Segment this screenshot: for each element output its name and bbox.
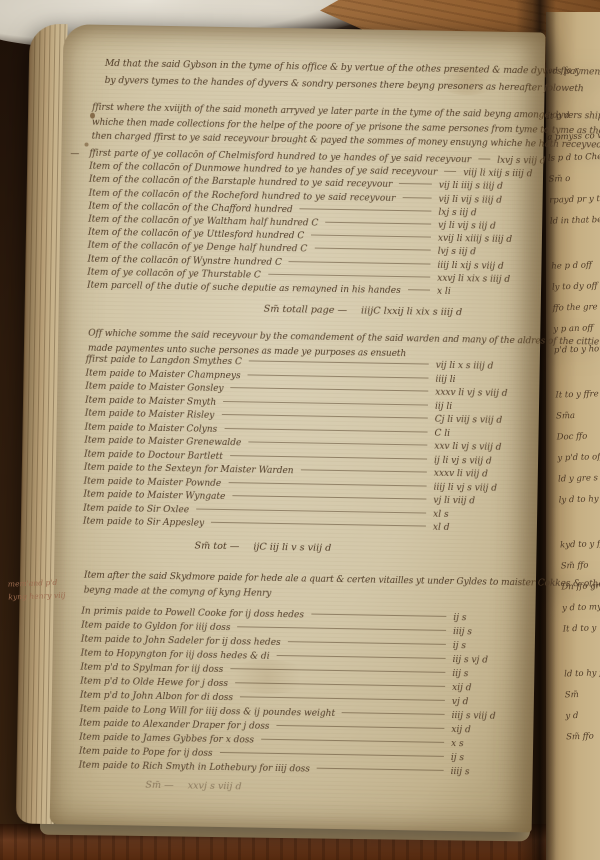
ink-rule-leader <box>223 400 428 405</box>
ink-rule-leader <box>317 768 444 771</box>
payment-entry-amount: C li <box>434 428 526 440</box>
right-page-text-fragment: It d to y <box>563 623 600 645</box>
ink-rule-leader <box>301 469 427 472</box>
payment-entry-amount: xl d <box>433 523 525 535</box>
expenses-list: In primis paide to Powell Cooke for ij d… <box>79 607 524 783</box>
ink-rule-leader <box>230 668 445 673</box>
expense-entry-text: Item p'd to Spylman for iij doss <box>80 663 223 675</box>
right-page-text-fragment: kyd to y ffre <box>560 539 600 561</box>
receipt-entry-amount: xxvj li xix s iiij d <box>437 273 529 285</box>
ink-rule-leader <box>311 235 431 238</box>
section2-total-row: Sm̃ tot — ijC iij li v s viij d <box>194 541 331 554</box>
section3-total-label: Sm̃ — <box>145 780 174 791</box>
payment-entry-text: Item paide to Maister Smyth <box>85 395 216 407</box>
ink-rule-leader <box>232 495 426 499</box>
payment-entry-amount: Cj li viij s viij d <box>435 415 527 427</box>
expense-entry-amount: vj d <box>452 697 522 708</box>
section3-total-row: Sm̃ — xxvj s viij d <box>145 780 241 793</box>
expense-entry-amount: ij s <box>451 753 521 764</box>
payment-entry-text: Item paide to Maister Gonsley <box>85 382 223 394</box>
right-page-text-fragment: y d <box>565 710 600 732</box>
expense-entry-amount: ij s <box>453 641 523 652</box>
section2-total-amount: ijC iij li v s viij d <box>253 542 331 554</box>
expense-entry-text: Item paide to John Sadeler for ij doss h… <box>81 635 281 648</box>
right-page-text-fragment: he p d off <box>551 260 597 282</box>
marginal-dash-mark: — <box>70 149 79 159</box>
right-page-text-fragment: Sm̃ <box>565 689 600 711</box>
expense-entry-amount: iiij s <box>451 767 521 778</box>
ink-rule-leader <box>289 261 431 264</box>
ink-rule-leader <box>235 682 445 687</box>
ink-rule-leader <box>277 655 446 659</box>
left-page: Md that the said Gybson in the tyme of h… <box>16 24 546 833</box>
expense-entry-text: Item paide to Pope for ij doss <box>79 747 213 759</box>
right-page-text-fragment: y p'd to off y <box>557 452 600 474</box>
ink-rule-leader <box>221 414 427 419</box>
ink-rule-leader <box>228 482 426 486</box>
ink-rule-leader <box>220 752 444 757</box>
payment-entry-amount: xxv li vj s viij d <box>434 442 526 454</box>
ink-rule-leader <box>231 387 429 391</box>
payment-entry-amount: vj li viij d <box>433 496 525 508</box>
payment-entry-text: Item paide to Maister Colyns <box>85 422 218 434</box>
section1-total-amount: iiijC lxxij li xix s iiij d <box>361 305 462 318</box>
receipt-entry-text: Item of the collacōn of Wynstre hundred … <box>87 254 282 267</box>
expense-entry-text: Item p'd to Olde Hewe for j doss <box>80 677 228 690</box>
right-page-text-fragment: ffo the gre <box>553 302 599 324</box>
right-page-text-fragment: It to y ffre <box>555 389 600 411</box>
right-page-text-fragment: ld to hy ffre <box>564 668 600 690</box>
ink-rule-leader <box>311 614 446 617</box>
expense-entry-text: Item to Hopyngton for iij doss hedes & d… <box>81 649 270 662</box>
expense-entry-text: Item paide to Alexander Draper for j dos… <box>79 719 269 732</box>
payment-entry-text: Item paide to Maister Pownde <box>84 476 222 488</box>
ink-rule-leader <box>276 725 444 729</box>
ink-rule-leader <box>249 360 429 364</box>
ink-rule-leader <box>211 522 426 527</box>
page-face: Md that the said Gybson in the tyme of h… <box>50 24 546 832</box>
margin-annotation: mem'and p'd kyng henry viij <box>8 574 101 603</box>
ink-rule-leader <box>288 641 446 645</box>
right-page-text-fragment: ly to dy off t <box>552 281 598 303</box>
receipt-entry-amount: x li <box>437 287 529 299</box>
ink-rule-leader <box>248 374 429 378</box>
ink-rule-leader <box>248 441 427 445</box>
expense-entry-text: In primis paide to Powell Cooke for ij d… <box>81 607 304 621</box>
receipt-entry-amount: lxvj s viij d <box>497 156 589 168</box>
receipt-entry-amount: lxj s iij d <box>438 207 530 219</box>
ink-rule-leader <box>300 208 432 211</box>
expense-entry-amount: iij s <box>452 669 522 680</box>
expense-entry-amount: x s <box>451 739 521 750</box>
receipt-entry-amount: xvij li xiiij s iiij d <box>438 234 530 246</box>
payment-entry-text: Item paide to Sir Appesley <box>83 517 204 529</box>
expense-entry-amount: iiij s viij d <box>452 711 522 722</box>
payment-entry-text: Item paide to Doctour Bartlett <box>84 449 223 461</box>
ink-rule-leader <box>408 289 430 290</box>
ink-rule-leader <box>342 712 445 715</box>
payment-entry-text: Item paide to Maister Grenewalde <box>84 436 241 449</box>
payment-entry-text: Item paide to Maister Wyngate <box>83 490 225 502</box>
section1-total-row: Sm̃ totall page — iiijC lxxij li xix s i… <box>264 304 463 318</box>
ink-rule-leader <box>240 696 445 701</box>
ink-rule-leader <box>224 428 427 433</box>
expense-entry-amount: iiij s <box>453 627 523 638</box>
receipt-entry-amount: vij li iiij s iiij d <box>439 181 531 193</box>
ink-speck <box>84 143 88 147</box>
receipts-list: ffirst parte of ye collacōn of Chelmisfo… <box>87 149 531 302</box>
receipt-entry-amount: lvj s iij d <box>438 247 530 259</box>
payment-entry-amount: xxxv li vj s viij d <box>435 388 527 400</box>
ink-rule-leader <box>478 158 490 159</box>
expense-entry-amount: ij s <box>453 613 523 624</box>
right-page-text-fragment: Sm̃a <box>556 410 600 432</box>
expense-entry-text: Item paide to James Gybbes for x doss <box>79 733 254 746</box>
right-page-text-fragment: y d to my ffr <box>562 602 600 624</box>
receipt-entry-amount: viij li xiij s iiij d <box>463 168 555 180</box>
ink-rule-leader <box>314 248 430 251</box>
ink-rule-leader <box>237 626 446 631</box>
right-page-text-fragment: ly d to hy <box>559 494 600 516</box>
payment-entry-amount: iiij li <box>435 374 527 386</box>
payment-entry-amount: xxxv li viij d <box>434 469 526 481</box>
payment-entry-text: Item paide to Sir Oxlee <box>83 503 189 515</box>
payment-entry-amount: ij li vj s viij d <box>434 455 526 467</box>
ink-rule-leader <box>268 273 430 277</box>
payments-list: ffirst paide to Langdon Smythes C vij li… <box>83 355 528 538</box>
section2-total-label: Sm̃ tot — <box>194 541 239 553</box>
payment-entry-amount: iiij li vj s viij d <box>434 482 526 494</box>
receipt-entry-text: Item of ye collacōn of ye Thurstable C <box>87 267 261 280</box>
payment-entry-text: Item paide to Maister Champneys <box>85 368 240 381</box>
right-page-text-fragment: Doc ffo <box>557 431 600 453</box>
ink-rule-leader <box>399 183 432 185</box>
section1-intro: ffirst where the xviijth of the said mon… <box>92 101 555 153</box>
receipt-entry-amount: vij li vij s iiij d <box>439 194 531 206</box>
memorandum-header: Md that the said Gybson in the tyme of h… <box>104 55 557 97</box>
section3-intro: Item after the said Skydmore paide for h… <box>84 569 546 606</box>
ink-rule-leader <box>230 455 427 459</box>
right-page-text-fragment: p'd to y hou <box>554 344 600 366</box>
section3-total-amount: xxvj s viij d <box>188 780 242 792</box>
expense-entry-amount: xij d <box>452 683 522 694</box>
right-page-text-fragment: Sm̃ ffo <box>566 731 600 753</box>
section1-total-label: Sm̃ totall page — <box>264 304 348 316</box>
ink-rule-leader <box>444 171 456 172</box>
expense-entry-text: Item paide to Gyldon for iiij doss <box>81 621 231 634</box>
expense-entry-amount: xij d <box>451 725 521 736</box>
expense-entry-amount: iij s vj d <box>452 655 522 666</box>
right-page-text-fragment: ld y gre s <box>558 473 600 495</box>
right-page-text-fragment: ld in that be <box>550 215 596 237</box>
receipt-entry-amount: iiij li xij s viij d <box>437 260 529 272</box>
ink-rule-leader <box>196 508 426 513</box>
payment-entry-text: ffirst paide to Langdon Smythes C <box>86 355 242 368</box>
expense-entry-text: Item p'd to John Albon for di doss <box>80 691 233 704</box>
manuscript-photo-scene: wd ffo r It p d a pmyss co w ls p d to C… <box>0 0 600 860</box>
payment-entry-text: Item paide to Maister Risley <box>85 409 215 421</box>
payment-entry-amount: iij li <box>435 401 527 413</box>
ink-rule-leader <box>402 197 431 199</box>
ink-rule-leader <box>325 222 431 225</box>
receipt-entry-amount: vj li vij s iij d <box>438 221 530 233</box>
payment-entry-amount: xl s <box>433 509 525 521</box>
payment-entry-amount: vij li x s iiij d <box>436 361 528 373</box>
ink-rule-leader <box>261 739 444 743</box>
